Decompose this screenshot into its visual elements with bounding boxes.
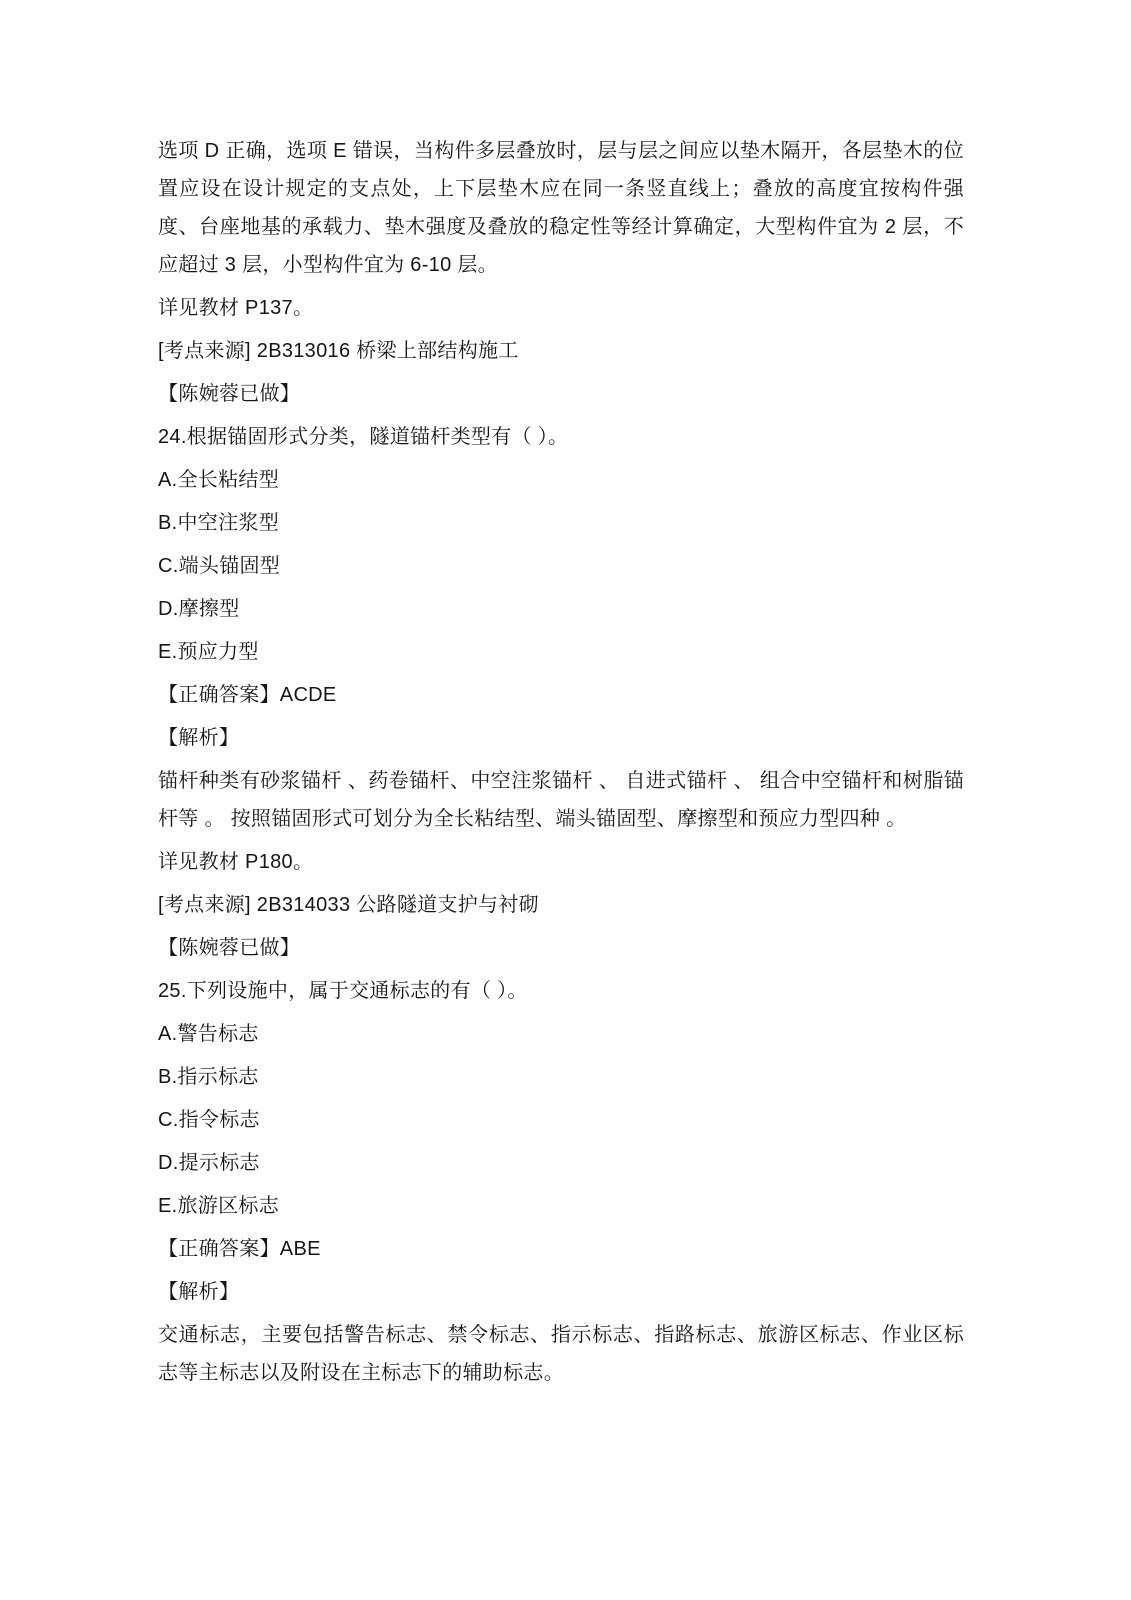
question-24-stem: 24.根据锚固形式分类，隧道锚杆类型有（ ）。 xyxy=(158,418,964,456)
source-line-2b313016: [考点来源] 2B313016 桥梁上部结构施工 xyxy=(158,332,964,370)
explanation-text-q23: 选项 D 正确，选项 E 错误，当构件多层叠放时，层与层之间应以垫木隔开，各层垫… xyxy=(158,132,964,284)
question-25-option-d: D.提示标志 xyxy=(158,1144,964,1182)
question-25-answer: 【正确答案】ABE xyxy=(158,1230,964,1268)
question-24-option-e: E.预应力型 xyxy=(158,633,964,671)
done-by-note-1: 【陈婉蓉已做】 xyxy=(158,375,964,413)
reference-line-p180: 详见教材 P180。 xyxy=(158,843,964,881)
question-25-stem: 25.下列设施中，属于交通标志的有（ ）。 xyxy=(158,972,964,1010)
question-24-option-d: D.摩擦型 xyxy=(158,590,964,628)
question-25-explanation-text: 交通标志，主要包括警告标志、禁令标志、指示标志、指路标志、旅游区标志、作业区标志… xyxy=(158,1316,964,1392)
done-by-note-2: 【陈婉蓉已做】 xyxy=(158,929,964,967)
question-24-option-b: B.中空注浆型 xyxy=(158,504,964,542)
question-25-option-c: C.指令标志 xyxy=(158,1101,964,1139)
question-25-option-a: A.警告标志 xyxy=(158,1015,964,1053)
question-24-answer: 【正确答案】ACDE xyxy=(158,676,964,714)
question-25-option-e: E.旅游区标志 xyxy=(158,1187,964,1225)
source-line-2b314033: [考点来源] 2B314033 公路隧道支护与衬砌 xyxy=(158,886,964,924)
document-page: 选项 D 正确，选项 E 错误，当构件多层叠放时，层与层之间应以垫木隔开，各层垫… xyxy=(0,0,1131,1600)
question-24-explanation-heading: 【解析】 xyxy=(158,719,964,757)
question-24-explanation-text: 锚杆种类有砂浆锚杆 、药卷锚杆、中空注浆锚杆 、 自进式锚杆 、 组合中空锚杆和… xyxy=(158,762,964,838)
question-25-option-b: B.指示标志 xyxy=(158,1058,964,1096)
question-25-explanation-heading: 【解析】 xyxy=(158,1273,964,1311)
reference-line-p137: 详见教材 P137。 xyxy=(158,289,964,327)
question-24-option-a: A.全长粘结型 xyxy=(158,461,964,499)
question-24-option-c: C.端头锚固型 xyxy=(158,547,964,585)
